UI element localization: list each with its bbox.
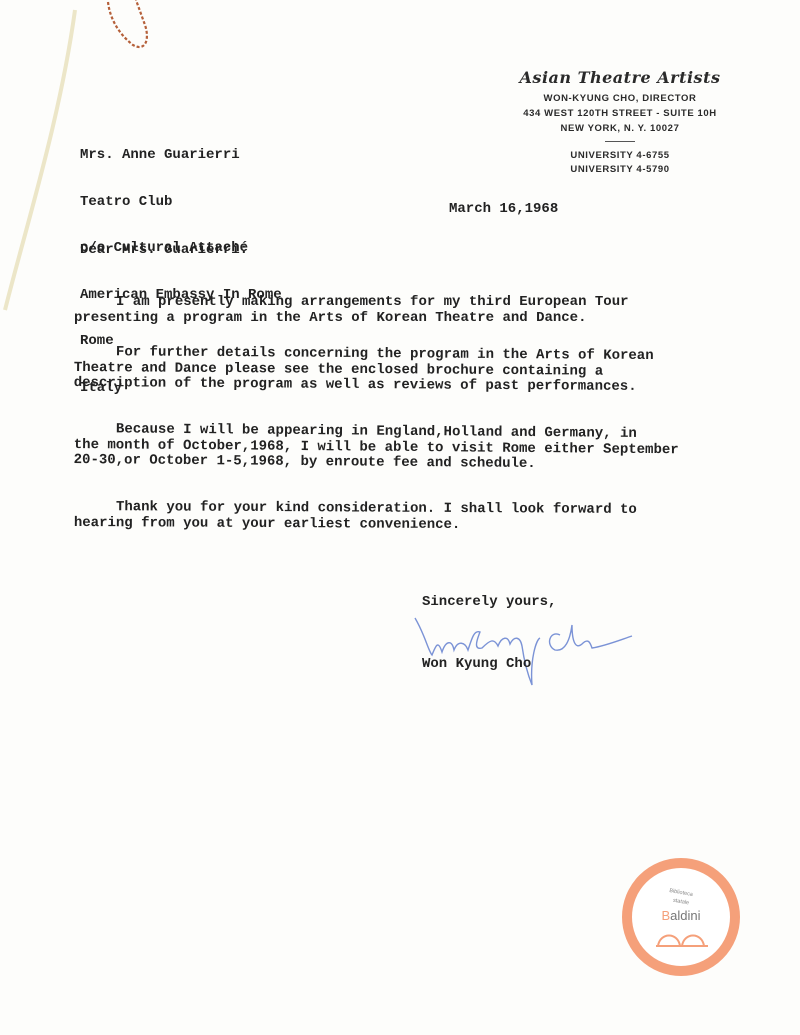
address-line: Teatro Club bbox=[80, 195, 282, 211]
organization-name: Asian Theatre Artists bbox=[500, 68, 740, 87]
book-icon bbox=[656, 928, 708, 948]
letter-date: March 16,1968 bbox=[449, 202, 558, 218]
closing: Sincerely yours, bbox=[422, 595, 556, 611]
divider bbox=[605, 141, 635, 142]
street-address: 434 WEST 120TH STREET - SUITE 10H bbox=[500, 106, 740, 121]
signature-icon bbox=[410, 610, 640, 690]
city-address: NEW YORK, N. Y. 10027 bbox=[500, 121, 740, 136]
body-paragraph: I am presently making arrangements for m… bbox=[74, 295, 629, 326]
director-line: WON-KYUNG CHO, DIRECTOR bbox=[500, 91, 740, 106]
salutation: Dear Mrs. Guarierri: bbox=[80, 243, 248, 259]
letterhead: Asian Theatre Artists WON-KYUNG CHO, DIR… bbox=[500, 68, 740, 177]
phone-2: UNIVERSITY 4-5790 bbox=[500, 163, 740, 177]
address-line: Mrs. Anne Guarierri bbox=[80, 148, 282, 164]
phone-1: UNIVERSITY 4-6755 bbox=[500, 149, 740, 163]
stamp-name: Baldini bbox=[632, 908, 730, 923]
library-stamp: Biblioteca statale Baldini bbox=[622, 858, 740, 976]
body-paragraph: Thank you for your kind consideration. I… bbox=[74, 500, 637, 534]
body-paragraph: Because I will be appearing in England,H… bbox=[74, 422, 679, 474]
body-paragraph: For further details concerning the progr… bbox=[74, 345, 654, 396]
signer-name: Won Kyung Cho bbox=[422, 657, 531, 673]
